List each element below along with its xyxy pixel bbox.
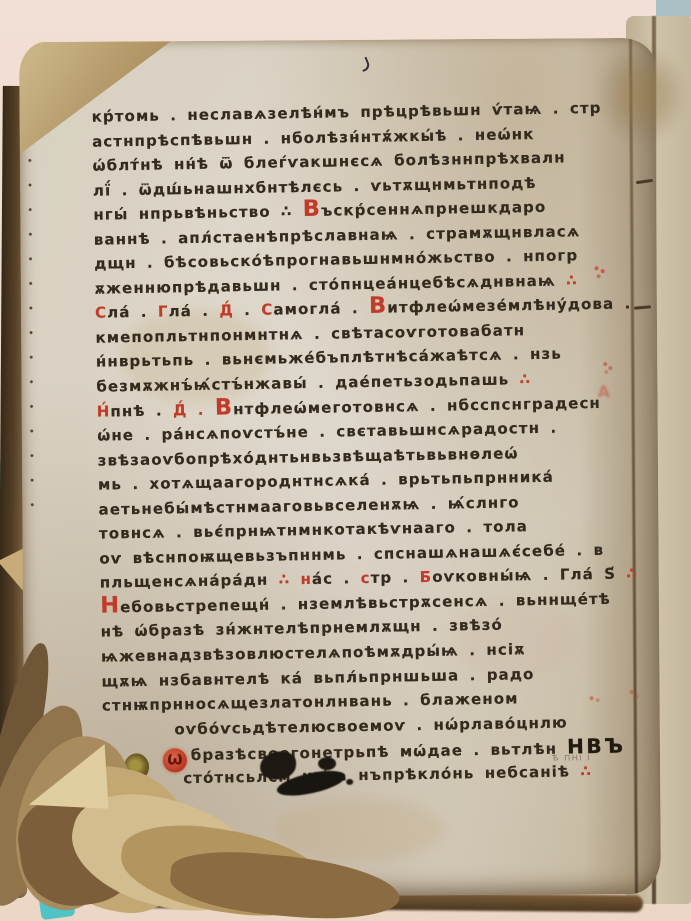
text-segment: ъскр́сеннѧпрнешкдаро: [321, 198, 547, 220]
text-segment: Б: [420, 568, 433, 586]
text-segment: ла́ .: [107, 303, 158, 322]
text-segment: С: [261, 301, 273, 319]
small-ink-mark: [358, 57, 371, 72]
rubric-initial: В: [215, 394, 234, 420]
text-segment: Д́: [219, 301, 244, 319]
text-segment: итфлеѡ́мезе́млѣну́дова .: [387, 295, 631, 317]
red-ink-smudge: [603, 362, 607, 366]
text-segment: нгы́ нпрьвѣньство ∴: [93, 202, 303, 224]
text-segment: ∴ н: [278, 570, 312, 589]
text-segment: пнѣ .: [110, 401, 173, 420]
text-segment: а́с .: [312, 569, 361, 588]
text-segment: звѣзаоѵбопрѣхо́днтьнвьзвѣщаѣтьвьвнѳлеѡ́: [98, 444, 519, 469]
text-segment: ѩжевнадзвѣзовлюстелѧпоѣмѫдры́ѩ . нсіѫ: [101, 640, 526, 665]
text-segment: товнсѧ . вьє́прнѩтнмнкотакѣѵнааго . тола: [99, 517, 528, 542]
red-ink-smudge: [590, 696, 594, 700]
text-segment: ла́ .: [168, 302, 219, 321]
rubric-initial: В: [369, 293, 388, 319]
text-segment: сто́тнсьлєм ща́ . нъпрѣкло́нь небсаніѣ: [183, 762, 581, 787]
water-stain: [596, 44, 688, 146]
text-segment: с: [360, 569, 370, 587]
rubric-initial: В: [303, 196, 322, 222]
faint-marginal-note: ѣ пні і: [552, 752, 591, 763]
rubric-initial: Н: [100, 592, 120, 618]
text-segment: Н́: [97, 402, 111, 420]
text-segment: пльщенсѧна́ра́дн: [100, 571, 279, 592]
text-segment: ∴: [519, 370, 531, 388]
red-ink-smudge: [595, 266, 599, 270]
text-segment: нѣ ѡ́бразѣ зн́жнтелѣпрнемлѫщн . звѣзо́: [101, 616, 504, 641]
text-segment: оѵбо́ѵсьдѣтелюсвоемоѵ . нѡ́рлаво́цнлю: [174, 713, 568, 738]
text-segment: С: [95, 304, 107, 322]
text-segment: ∴: [566, 271, 578, 289]
table-surface-patch: [656, 0, 691, 17]
text-segment: оѵковны́ѩ . Гла́ Ѕ́: [432, 565, 627, 586]
parchment-stain: [274, 797, 444, 862]
text-segment: аетьнебы́мѣстнмааговьвселенѫѩ . ѩ́слнго: [98, 493, 519, 518]
text-block: кр́томь . неславѧзелѣн́мъ прѣцрѣвьшн ѵ́т…: [91, 95, 661, 792]
text-segment: Г: [158, 303, 169, 321]
text-segment: .: [244, 301, 261, 319]
text-segment: безмѫжнъ́ѩ́стъ́нжавы́ . дае́петьзодьпашь: [96, 370, 519, 395]
ink-blot-stain: [260, 745, 356, 802]
manuscript-photo: кр́томь . неславѧзелѣн́мъ прѣцрѣвьшн ѵ́т…: [0, 0, 691, 921]
text-segment: нтфлеѡ́меготовнсѧ . нбсспснградесн: [233, 393, 601, 417]
pricking-holes: [28, 148, 35, 526]
text-segment: ∴: [580, 762, 592, 780]
text-segment: стнѭпрнносѧщезлатонлнвань . блаженом: [102, 689, 519, 714]
text-segment: амогла́ .: [273, 299, 369, 319]
text-segment: тр .: [370, 568, 419, 587]
text-segment: Д́ .: [173, 400, 215, 419]
text-segment: ∴: [626, 565, 638, 583]
red-ink-smudge: [630, 690, 634, 694]
margin-letter: А: [597, 382, 610, 401]
